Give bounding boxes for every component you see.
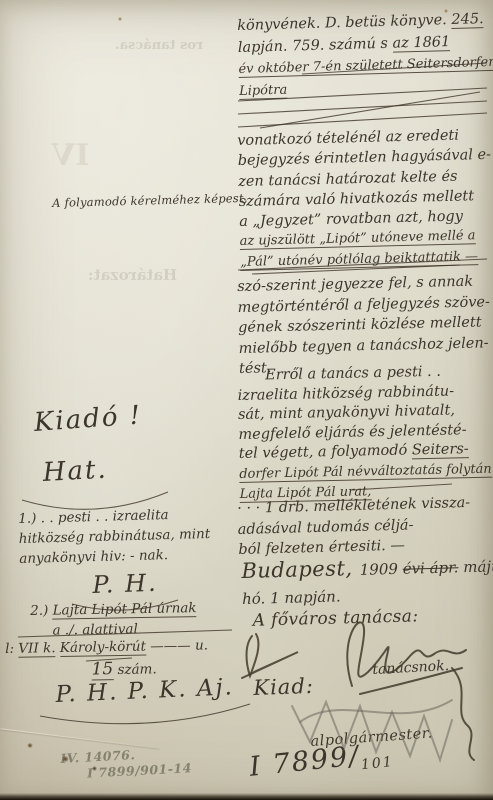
text-segment: adásával tudomás céljá- — [238, 517, 414, 538]
bleedthrough-text: IV — [52, 138, 89, 173]
text-segment: Budapest, — [241, 556, 360, 583]
seal-placeholder-ph: P. H. — [92, 569, 158, 599]
document-scan-page: ros tanácsa. Határozat: IV könyvének. D.… — [0, 0, 493, 800]
signature-councillor-stroke — [347, 622, 466, 686]
text-segment: Károly-körút — [60, 639, 146, 658]
text-segment: Seiters- — [412, 442, 469, 460]
bleedthrough-text: ros tanácsa. — [115, 38, 203, 53]
kiad-label: Kiad: — [253, 674, 314, 700]
text-segment: könyvének. D. betüs könyve. — [237, 12, 452, 34]
text-segment: tel végett, a folyamodó — [239, 443, 412, 463]
date-and-issuer-block: Budapest, 1909 évi ápr. májushó. 1 napjá… — [241, 549, 493, 632]
text-segment: 101 — [360, 754, 394, 773]
paper-stain — [62, 756, 69, 762]
text-segment: izraelita hitközség rabbinátu- — [237, 383, 454, 404]
text-segment: I 7899 — [248, 742, 351, 783]
text-segment: „Pál” utónév pótlólag beiktattatik — — [240, 249, 478, 271]
file-reference-number: I 7899/101 — [248, 737, 394, 785]
bleedthrough-text: Határozat: — [88, 266, 177, 284]
signature-clerk — [242, 634, 298, 678]
paper-stain — [118, 17, 122, 21]
main-text-block-registry-reference: könyvének. D. betüs könyve. 245.lapján. … — [237, 9, 491, 102]
paper-stain — [92, 766, 97, 771]
text-segment: 245. — [451, 11, 484, 29]
left-recipient-block-1: 1.) . . pesti . . izraelitahitközség rab… — [18, 503, 234, 569]
text-segment: hó. 1 napján. — [242, 587, 341, 608]
text-segment: VII k. — [18, 640, 55, 658]
margin-note: A folyamodó kérelméhez képest, — [52, 191, 248, 210]
text-segment: ——— u. — [146, 637, 208, 654]
main-text-block-annotation-instruction: vonatkozó tételénél az eredetibejegyzés … — [237, 125, 493, 273]
pencil-scrawl-curve — [300, 700, 452, 722]
councillor-title-label: tanácsnok. — [372, 658, 449, 678]
paper-crease — [1, 728, 160, 748]
text-segment: május — [458, 557, 493, 576]
text-segment: mielőbb tegyen a tanácshoz jelen- — [238, 335, 488, 357]
text-segment: zen tanácsi határozat kelte és — [238, 168, 458, 189]
paper-stain — [27, 743, 33, 748]
text-segment: l: — [5, 641, 18, 657]
handwritten-line: anyakönyvi hiv: - nak. — [19, 543, 234, 569]
hat-heading: Hat. — [42, 455, 108, 488]
text-segment: dorfer Lipót Pál névváltoztatás folytán — [239, 462, 492, 483]
main-text-block-notification: Erről a tanács a pesti . .izraelita hitk… — [237, 362, 493, 504]
pencil-archive-numbers: IV. 14076.I 7899/901-14 — [60, 744, 192, 783]
text-segment: sát, mint anyakönyvi hivatalt, — [238, 403, 455, 424]
text-segment: az 1861 — [392, 34, 450, 53]
text-segment: Erről a tanács a pesti . . — [265, 364, 441, 384]
scan-edge-shadow — [0, 793, 493, 800]
text-segment: · · · 1 drb. mellékletének vissza- — [237, 495, 470, 517]
text-segment: 15 — [91, 659, 113, 680]
text-segment: lapján. 759. számú s — [238, 35, 393, 55]
kiado-heading: Kiadó ! — [33, 400, 143, 437]
handwritten-line: l: VII k. Károly-körút ——— u. — [5, 634, 235, 660]
text-segment: 1.) . . pesti . . izraelita — [18, 507, 169, 527]
handwritten-line: I 7899/101 — [248, 737, 394, 785]
text-segment: 1909 — [360, 560, 403, 579]
text-segment: szó-szerint jegyezze fel, s annak — [237, 274, 473, 295]
handwritten-line: Budapest, 1909 évi ápr. május — [241, 549, 492, 588]
text-segment: szám. — [113, 661, 157, 678]
text-segment: megfelelő eljárás és jelentésté- — [238, 422, 466, 443]
text-segment: Lipótra — [239, 82, 288, 99]
text-segment: Lajta Lipót Pál úrnak — [52, 600, 196, 620]
signature-clerk-stroke — [247, 634, 259, 676]
text-segment: A főváros tanácsa: — [252, 606, 418, 630]
text-segment: anyakönyvi hiv: - nak. — [19, 547, 168, 567]
strike-line — [238, 101, 487, 114]
text-segment: hitközség rabbinátusa, mint — [19, 526, 211, 547]
text-segment: 2.) — [30, 603, 53, 619]
signature-councillor-tail — [452, 668, 474, 760]
text-segment: gének szószerinti közlése mellett — [238, 314, 482, 336]
text-segment: évi ápr. — [402, 558, 458, 577]
paper-stain — [444, 9, 448, 13]
